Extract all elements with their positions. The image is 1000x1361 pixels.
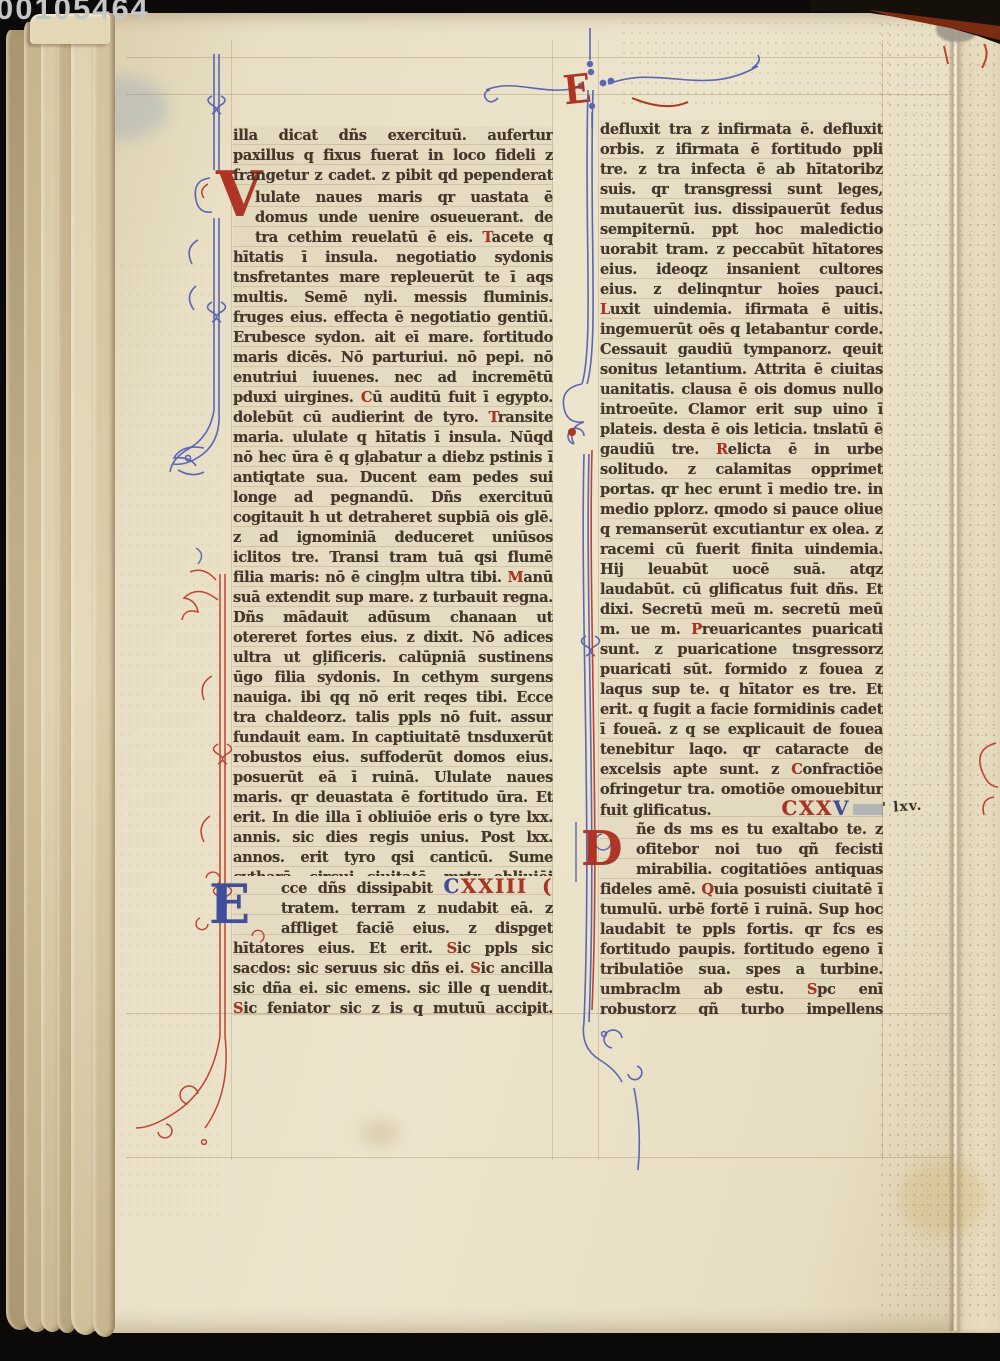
margin-note-lxv: ' lxv. — [881, 798, 922, 817]
col1-chapter23-text: lulate naues maris qr uastata ē domus un… — [233, 188, 553, 876]
facing-page-strip — [957, 13, 1000, 1333]
text-column-1: illa dicat dñs exercituū. aufertur paxil… — [233, 126, 553, 1016]
shelfmark-label: 00105464 — [0, 0, 256, 27]
ruling-line — [126, 94, 952, 95]
col1-intro-with-chapter-cxxii: illa dicat dñs exercituū. aufertur paxil… — [233, 126, 553, 188]
ruling-line — [598, 40, 599, 1160]
col2-chapter25-text: ñe ds ms es tu exaltabo te. z ofitebor n… — [600, 820, 883, 1016]
text-column-2: defluxit tra z infirmata ē. defluxit orb… — [600, 120, 883, 1016]
page-edge-stack — [93, 13, 115, 1337]
gutter-crease — [948, 13, 959, 1331]
col2-chapter-cxxv-heading-line: fuit glificatus.CXXV — [600, 798, 883, 820]
col1-chapter24-text: cce dñs dissipabit CXXIII ( tratem. terr… — [233, 876, 553, 1016]
col2-chapter24-text: defluxit tra z infirmata ē. defluxit orb… — [600, 120, 883, 798]
ruling-line — [126, 1157, 952, 1158]
manuscript-photograph: E V — [0, 0, 1000, 1361]
ruling-line — [126, 57, 952, 58]
repair-patch — [936, 14, 978, 42]
running-title-letter: E — [561, 65, 593, 115]
